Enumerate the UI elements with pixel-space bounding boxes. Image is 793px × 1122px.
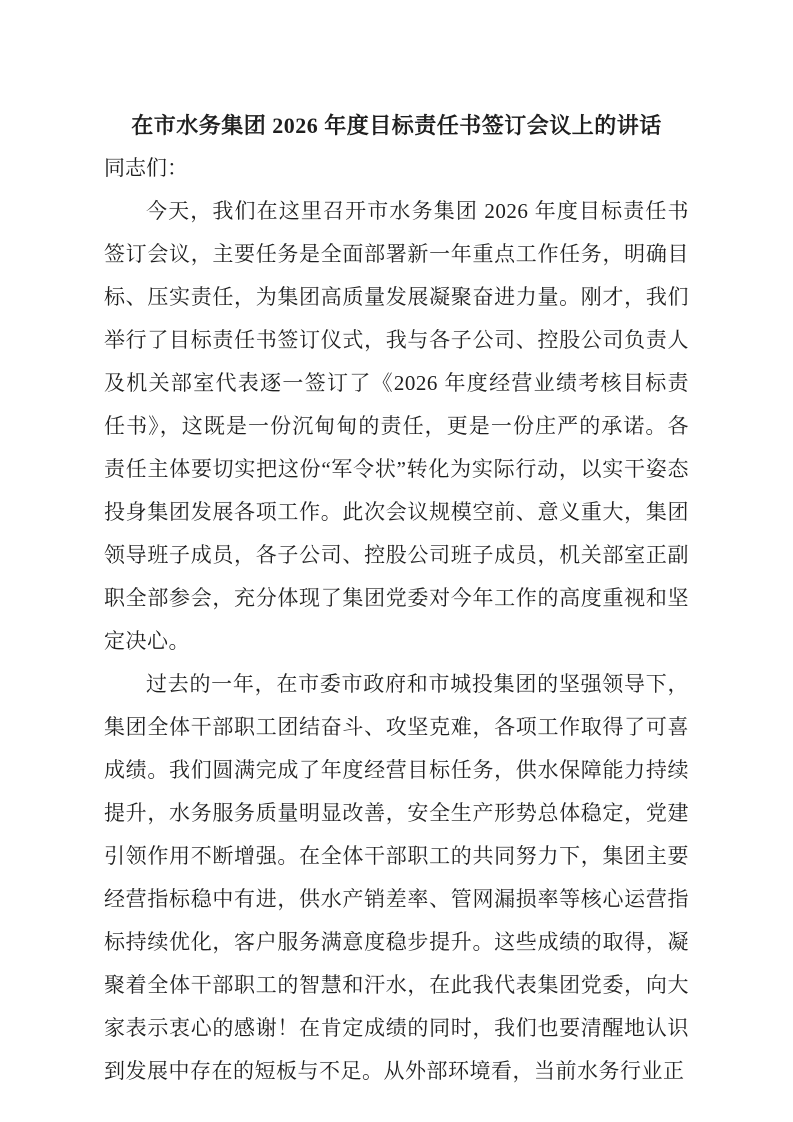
salutation: 同志们： <box>104 147 689 190</box>
document-page: 在市水务集团 2026 年度目标责任书签订会议上的讲话 同志们： 今天，我们在这… <box>0 0 793 1122</box>
paragraph-2: 过去的一年，在市委市政府和市城投集团的坚强领导下，集团全体干部职工团结奋斗、攻坚… <box>104 663 689 1093</box>
paragraph-1: 今天，我们在这里召开市水务集团 2026 年度目标责任书签订会议，主要任务是全面… <box>104 190 689 663</box>
document-title: 在市水务集团 2026 年度目标责任书签订会议上的讲话 <box>104 104 689 147</box>
